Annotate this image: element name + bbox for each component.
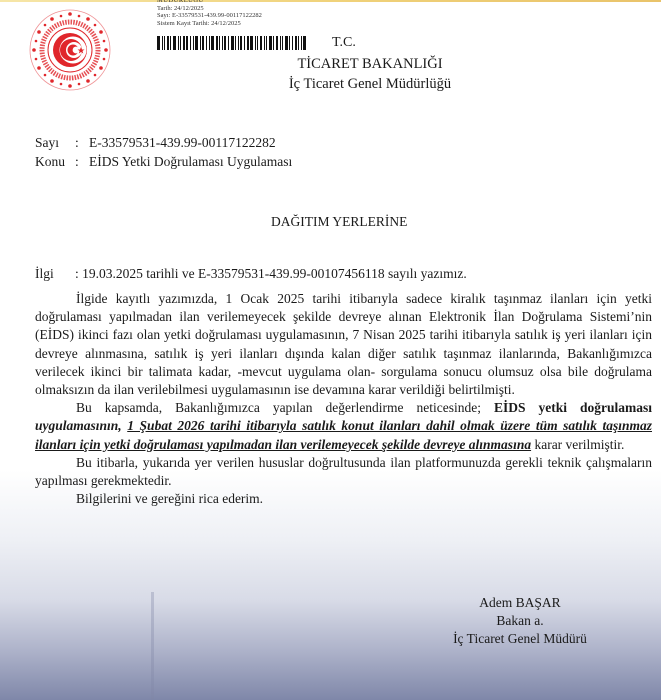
konu-row: Konu : EİDS Yetki Doğrulaması Uygulaması: [35, 152, 292, 171]
paragraph-1: İlgide kayıtlı yazımızda, 1 Ocak 2025 ta…: [35, 290, 652, 399]
sayi-label: Sayı: [35, 133, 75, 152]
stamp-system-date: Sistem Kayıt Tarihi: 24/12/2025: [157, 20, 262, 28]
signature-block: Adem BAŞAR Bakan a. İç Ticaret Genel Müd…: [430, 594, 610, 648]
stamp-date: Tarih: 24/12/2025: [157, 5, 262, 13]
konu-label: Konu: [35, 152, 75, 171]
signatory-name: Adem BAŞAR: [430, 594, 610, 612]
top-edge-line: [0, 0, 661, 2]
ilgi-label: İlgi: [35, 266, 75, 282]
konu-value: EİDS Yetki Doğrulaması Uygulaması: [89, 152, 292, 171]
ministry-name: TİCARET BAKANLIĞI: [270, 54, 470, 74]
ilgi-value: : 19.03.2025 tarihli ve E-33579531-439.9…: [75, 266, 467, 282]
ministry-header: TİCARET BAKANLIĞI İç Ticaret Genel Müdür…: [270, 54, 470, 94]
ilgi-row: İlgi : 19.03.2025 tarihli ve E-33579531-…: [35, 266, 467, 282]
p2-end: karar verilmiştir.: [531, 437, 624, 452]
barcode: [157, 36, 308, 50]
signatory-title: İç Ticaret Genel Müdürü: [430, 630, 610, 648]
sayi-value: E-33579531-439.99-00117122282: [89, 133, 276, 152]
paragraph-3: Bu itibarla, yukarıda yer verilen hususl…: [35, 454, 652, 490]
konu-colon: :: [75, 152, 89, 171]
sayi-row: Sayı : E-33579531-439.99-00117122282: [35, 133, 292, 152]
directorate-name: İç Ticaret Genel Müdürlüğü: [270, 74, 470, 94]
document-meta: Sayı : E-33579531-439.99-00117122282 Kon…: [35, 133, 292, 171]
stamp-number: Sayı: E-33579531-439.99-00117122282: [157, 12, 262, 20]
letter-body: İlgide kayıtlı yazımızda, 1 Ocak 2025 ta…: [35, 290, 652, 508]
shadow-line: [151, 592, 154, 700]
distribution-heading: DAĞITIM YERLERİNE: [0, 214, 661, 230]
paragraph-2: Bu kapsamda, Bakanlığımızca yapılan değe…: [35, 399, 652, 454]
registry-stamp: MÜDÜRLÜĞÜ Tarih: 24/12/2025 Sayı: E-3357…: [157, 0, 262, 27]
sayi-colon: :: [75, 133, 89, 152]
paragraph-4: Bilgilerini ve gereğini rica ederim.: [35, 490, 652, 508]
signatory-on-behalf: Bakan a.: [430, 612, 610, 630]
tc-label: T.C.: [332, 35, 356, 51]
p2-bold: EİDS yetki doğrulaması: [494, 400, 652, 415]
ministry-emblem-icon: [28, 8, 112, 92]
p2-intro: Bu kapsamda, Bakanlığımızca yapılan değe…: [76, 400, 494, 415]
p2-bold-italic: uygulamasının,: [35, 418, 127, 433]
